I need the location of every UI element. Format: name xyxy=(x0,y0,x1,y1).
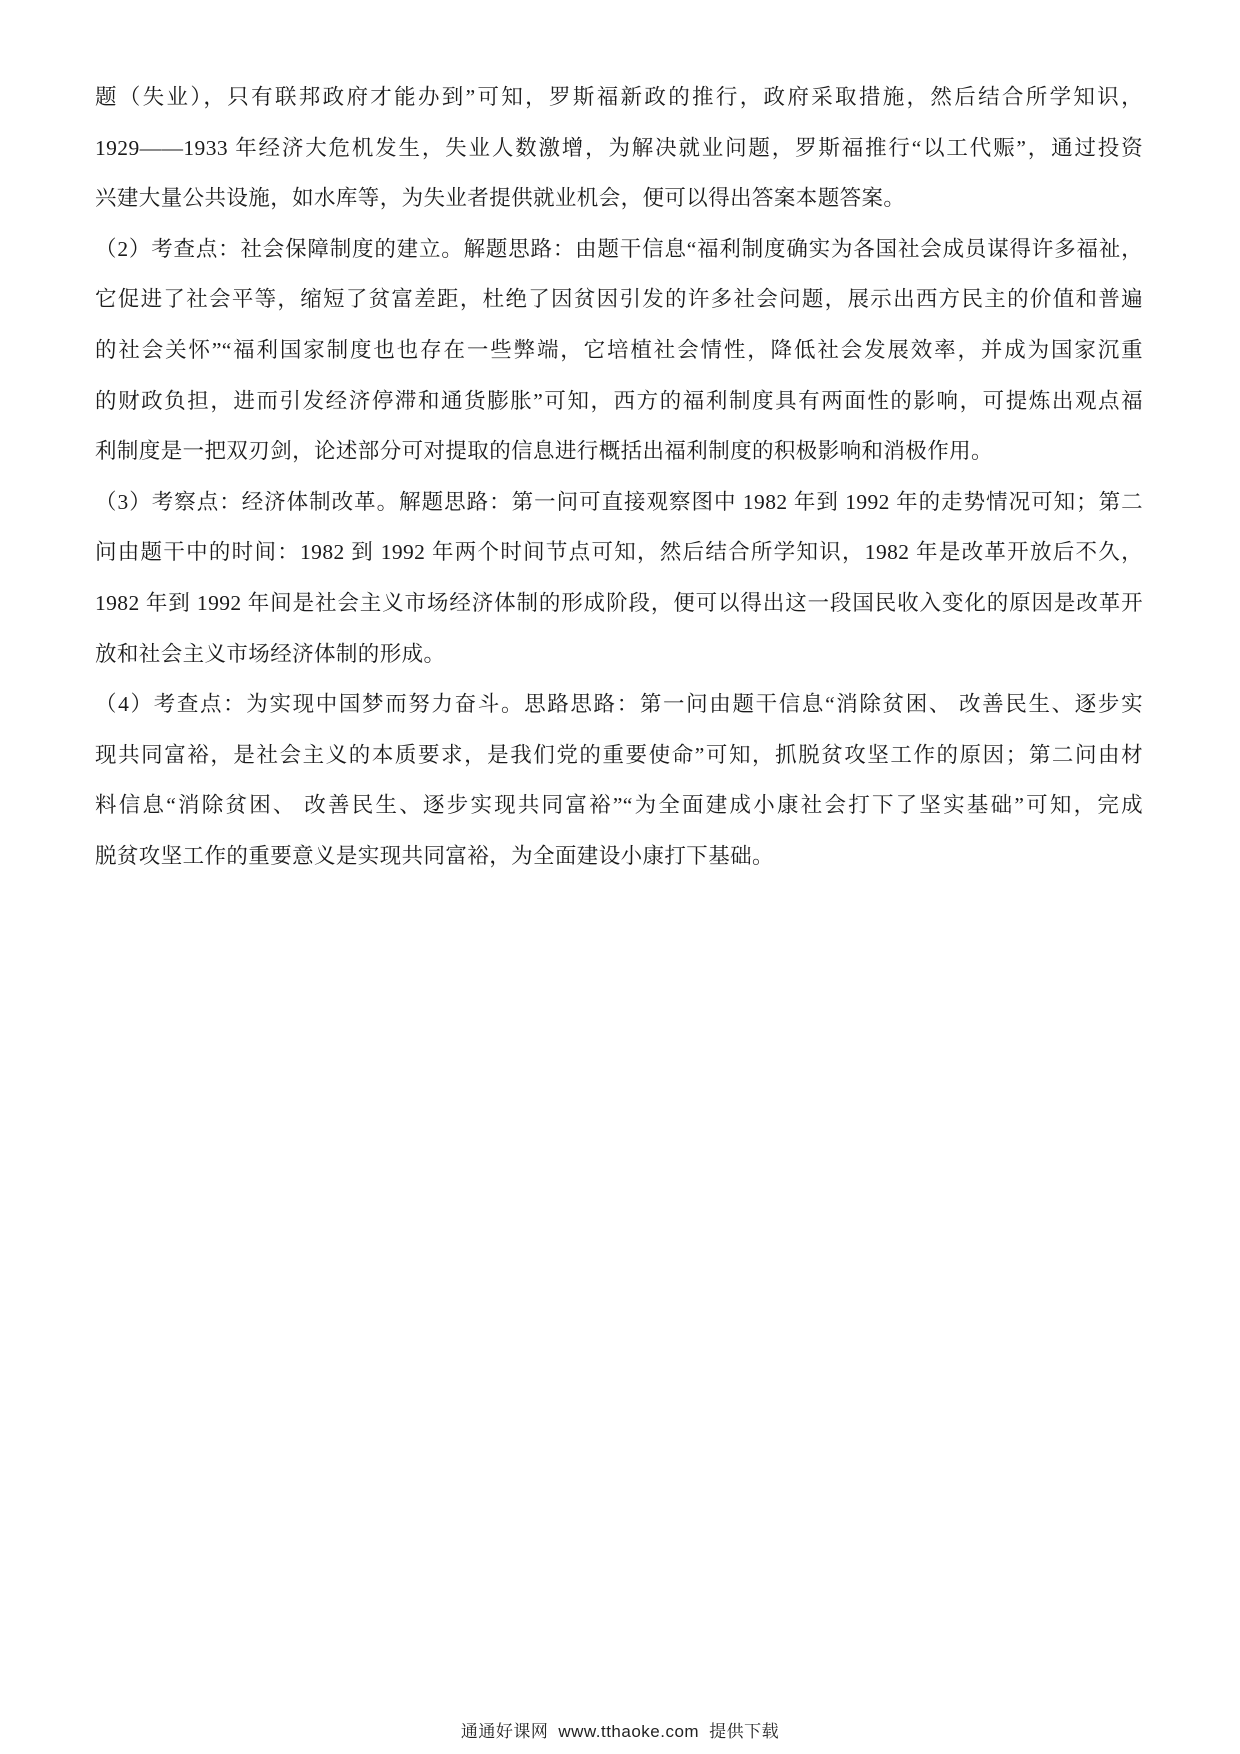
page-footer: 通通好课网www.tthaoke.com提供下载 xyxy=(0,1717,1240,1742)
text-line: 料信息“消除贫困、 改善民生、逐步实现共同富裕”“为全面建成小康社会打下了坚实基… xyxy=(95,780,1143,831)
text-line: （2）考查点：社会保障制度的建立。解题思路：由题干信息“福利制度确实为各国社会成… xyxy=(95,224,1143,275)
document-body: 题（失业），只有联邦政府才能办到”可知，罗斯福新政的推行，政府采取措施，然后结合… xyxy=(95,72,1143,882)
text-line: 1982 年到 1992 年间是社会主义市场经济体制的形成阶段，便可以得出这一段… xyxy=(95,578,1143,629)
text-line: 的社会关怀”“福利国家制度也也存在一些弊端，它培植社会情性，降低社会发展效率，并… xyxy=(95,325,1143,376)
paragraph-answer-1-continuation: 题（失业），只有联邦政府才能办到”可知，罗斯福新政的推行，政府采取措施，然后结合… xyxy=(95,72,1143,224)
paragraph-answer-4: （4）考查点：为实现中国梦而努力奋斗。思路思路：第一问由题干信息“消除贫困、 改… xyxy=(95,679,1143,881)
paragraph-answer-2: （2）考查点：社会保障制度的建立。解题思路：由题干信息“福利制度确实为各国社会成… xyxy=(95,224,1143,477)
text-line: 兴建大量公共设施，如水库等，为失业者提供就业机会，便可以得出答案本题答案。 xyxy=(95,173,1143,224)
footer-url: www.tthaoke.com xyxy=(558,1722,699,1741)
text-line: 利制度是一把双刃剑，论述部分可对提取的信息进行概括出福利制度的积极影响和消极作用… xyxy=(95,426,1143,477)
footer-site-name: 通通好课网 xyxy=(461,1722,549,1741)
text-line: 题（失业），只有联邦政府才能办到”可知，罗斯福新政的推行，政府采取措施，然后结合… xyxy=(95,72,1143,123)
document-page: 题（失业），只有联邦政府才能办到”可知，罗斯福新政的推行，政府采取措施，然后结合… xyxy=(0,0,1240,1754)
text-line: 的财政负担，进而引发经济停滞和通货膨胀”可知，西方的福利制度具有两面性的影响，可… xyxy=(95,376,1143,427)
text-line: 它促进了社会平等，缩短了贫富差距，杜绝了因贫因引发的许多社会问题，展示出西方民主… xyxy=(95,274,1143,325)
text-line: 放和社会主义市场经济体制的形成。 xyxy=(95,629,1143,680)
text-line: 现共同富裕，是社会主义的本质要求，是我们党的重要使命”可知，抓脱贫攻坚工作的原因… xyxy=(95,730,1143,781)
text-line: 1929——1933 年经济大危机发生，失业人数激增，为解决就业问题，罗斯福推行… xyxy=(95,123,1143,174)
text-line: （3）考察点：经济体制改革。解题思路：第一问可直接观察图中 1982 年到 19… xyxy=(95,477,1143,528)
text-line: 脱贫攻坚工作的重要意义是实现共同富裕，为全面建设小康打下基础。 xyxy=(95,831,1143,882)
paragraph-answer-3: （3）考察点：经济体制改革。解题思路：第一问可直接观察图中 1982 年到 19… xyxy=(95,477,1143,679)
footer-suffix: 提供下载 xyxy=(709,1722,779,1741)
text-line: 问由题干中的时间：1982 到 1992 年两个时间节点可知，然后结合所学知识，… xyxy=(95,527,1143,578)
text-line: （4）考查点：为实现中国梦而努力奋斗。思路思路：第一问由题干信息“消除贫困、 改… xyxy=(95,679,1143,730)
